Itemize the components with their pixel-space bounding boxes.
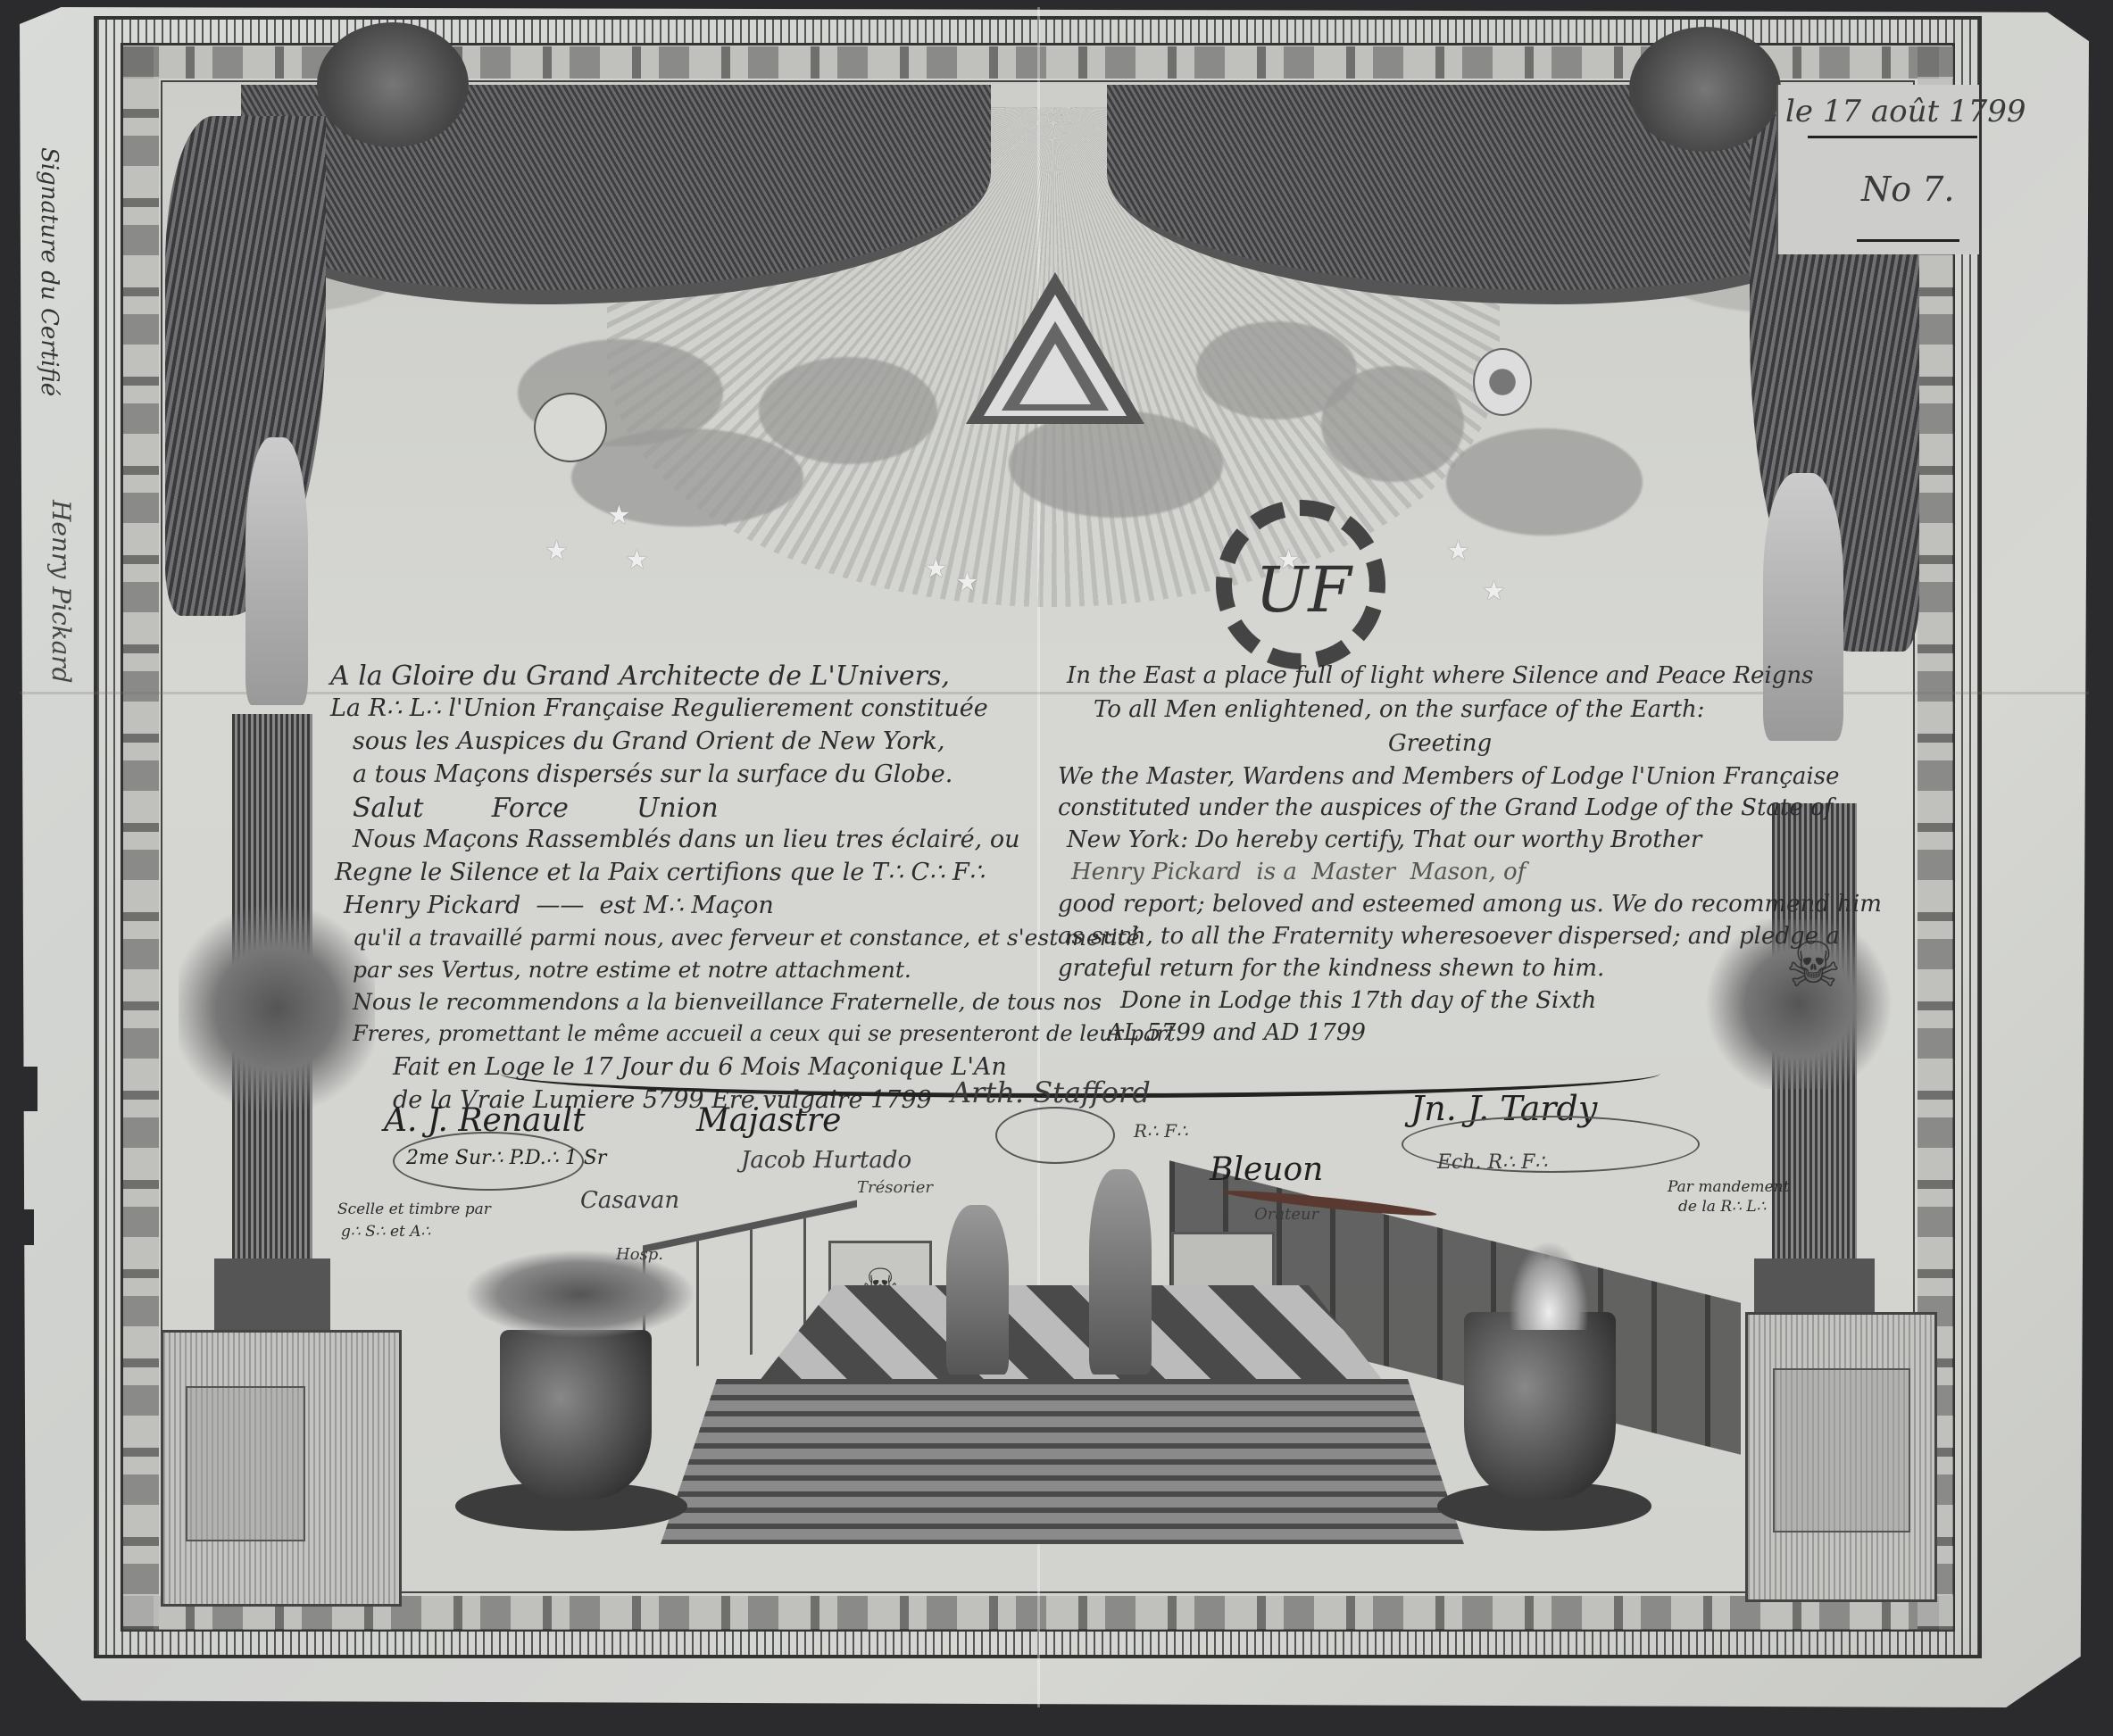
signature: Bleuon <box>1210 1151 1323 1188</box>
cloud <box>1009 411 1223 518</box>
corner-date: le 17 août 1799 <box>1785 94 2026 129</box>
english-line: New York: Do hereby certify, That our wo… <box>1067 826 1701 853</box>
english-line: In the East a place full of light where … <box>1067 662 1813 689</box>
signature-title: Ech. R∴ F∴ <box>1437 1151 1547 1174</box>
crowned-figure-left <box>946 1205 1009 1375</box>
french-line: sous les Auspices du Grand Orient de New… <box>353 727 944 755</box>
signature: Jacob Hurtado <box>741 1147 911 1174</box>
signature-title: 2me Sur∴ P.D.∴ 1 Sr <box>406 1147 606 1169</box>
number-underline <box>1857 239 1959 242</box>
date-underline <box>1808 136 1977 138</box>
right-column-base <box>1754 1258 1875 1312</box>
mandate-note: Par mandement <box>1668 1178 1789 1196</box>
signature-title: Hosp. <box>616 1245 663 1264</box>
paper-tear <box>0 1067 37 1111</box>
masonic-tools-trophy <box>179 893 375 1125</box>
seal-note: Scelle et timbre par <box>337 1200 491 1218</box>
delta-triangle-icon <box>1019 344 1091 404</box>
right-drape-knot <box>1629 27 1781 152</box>
signature-title: Trésorier <box>857 1178 933 1197</box>
english-line-done: Done in Lodge this 17th day of the Sixth <box>1120 987 1596 1014</box>
crowned-figure-right <box>1089 1169 1152 1375</box>
english-line-bearer: Henry Pickard is a Master Mason, of <box>1071 859 1526 885</box>
signature: Casavan <box>580 1187 679 1214</box>
left-drape-knot <box>317 22 469 147</box>
english-line: constituted under the auspices of the Gr… <box>1058 794 1833 821</box>
signature-title: Orateur <box>1254 1205 1319 1224</box>
left-pedestal <box>161 1330 402 1607</box>
french-line: par ses Vertus, notre estime et notre at… <box>353 957 911 983</box>
mandate-note: de la R∴ L∴ <box>1678 1198 1766 1216</box>
star-icon: ★ <box>955 567 979 598</box>
signature: Arth. Stafford <box>951 1076 1151 1109</box>
lodge-monogram: UF <box>1250 553 1357 627</box>
english-line: To all Men enlightened, on the surface o… <box>1094 696 1705 723</box>
left-ornament-band <box>123 46 159 1631</box>
cloud <box>759 357 937 464</box>
french-line: Regne le Silence et la Paix certifions q… <box>335 859 985 886</box>
french-line-bearer: Henry Pickard —— est M∴ Maçon <box>344 892 774 919</box>
certificate-number: No 7. <box>1861 170 1954 209</box>
french-line: Salut Force Union <box>353 793 719 824</box>
french-line: Freres, promettant le même accueil a ceu… <box>353 1021 1182 1046</box>
star-icon: ★ <box>607 500 631 531</box>
margin-note: Signature du Certifié <box>36 147 62 396</box>
pedestal-relief-panel <box>1773 1368 1910 1532</box>
cloud <box>1446 428 1643 536</box>
signature-title: R∴ F∴ <box>1134 1120 1188 1142</box>
star-icon: ★ <box>1446 536 1470 567</box>
signature-oval <box>995 1107 1115 1164</box>
french-line: a tous Maçons dispersés sur la surface d… <box>353 760 953 788</box>
right-pedestal <box>1745 1312 1937 1602</box>
moon-face-icon <box>534 393 607 462</box>
checkered-pavement <box>759 1285 1384 1382</box>
seal-note: g∴ S∴ et A∴ <box>341 1223 430 1241</box>
star-icon: ★ <box>625 544 649 576</box>
english-line-greeting: Greeting <box>1388 730 1492 757</box>
star-icon: ★ <box>545 536 569 567</box>
cloud <box>1196 321 1357 419</box>
temple-stairs <box>661 1379 1464 1544</box>
left-altar <box>500 1330 652 1499</box>
english-line: as such, to all the Fraternity wheresoev… <box>1058 923 1840 950</box>
cloud <box>571 428 803 527</box>
english-line: We the Master, Wardens and Members of Lo… <box>1058 763 1839 790</box>
english-line: good report; beloved and esteemed among … <box>1058 891 1882 918</box>
right-altar <box>1464 1312 1616 1499</box>
star-icon: ★ <box>1482 576 1506 607</box>
signature: Majastre <box>696 1102 841 1139</box>
margin-signature: Henry Pickard <box>46 500 76 684</box>
english-line-year: AL 5799 and AD 1799 <box>1107 1019 1366 1046</box>
french-line: Nous le recommendons a la bienveillance … <box>353 989 1102 1015</box>
french-line: A la Gloire du Grand Architecte de L'Uni… <box>330 660 950 692</box>
altar-flame <box>1509 1241 1589 1330</box>
pedestal-relief-panel <box>186 1386 305 1541</box>
left-statue <box>245 437 308 705</box>
star-icon: ★ <box>924 553 948 585</box>
sun-face-icon <box>1473 348 1532 416</box>
paper-tear <box>0 1209 34 1245</box>
english-line: grateful return for the kindness shewn t… <box>1058 955 1604 982</box>
french-line: qu'il a travaillé parmi nous, avec ferve… <box>353 925 1140 951</box>
french-line: Nous Maçons Rassemblés dans un lieu tres… <box>353 826 1019 853</box>
left-column-base <box>214 1258 330 1330</box>
right-statue <box>1763 473 1843 741</box>
french-line: La R∴ L∴ l'Union Française Regulierement… <box>330 694 988 722</box>
